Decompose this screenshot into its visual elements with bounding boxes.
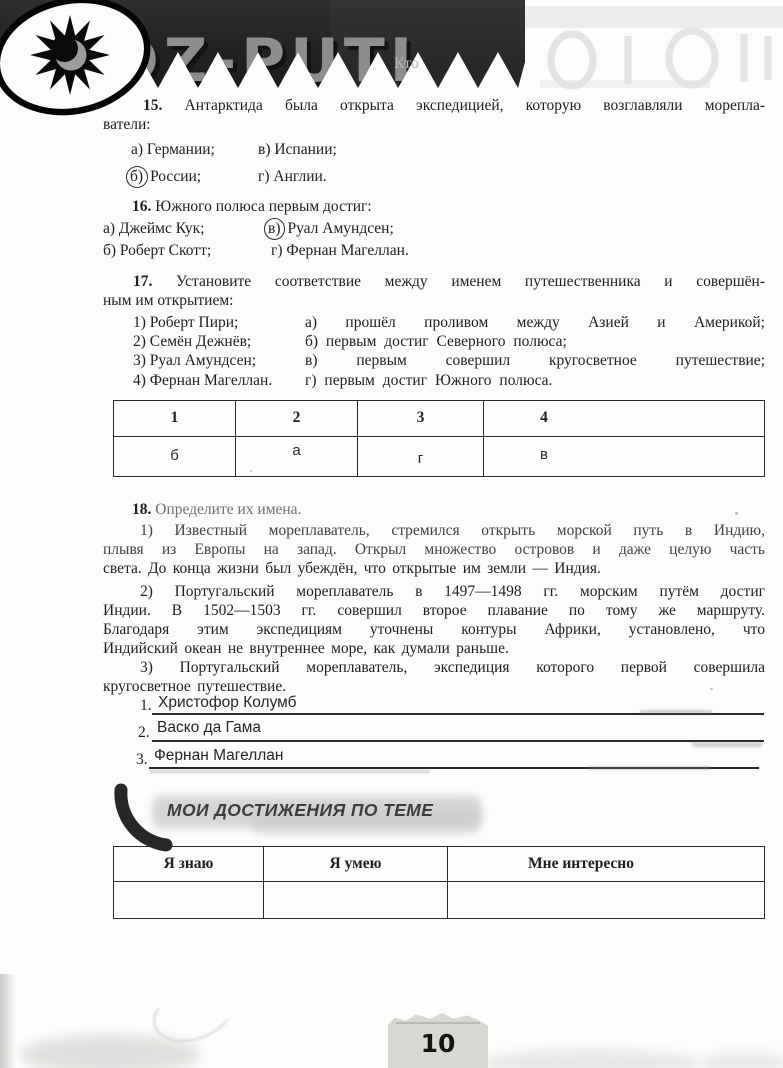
written-answer-1-text[interactable]: Христофор Колумб <box>158 694 297 712</box>
match-answer-cell-3[interactable]: г <box>358 437 484 476</box>
summary-cell-can[interactable] <box>264 882 448 918</box>
written-answer-3-number: 3. <box>136 750 148 769</box>
page-number: 10 <box>388 1029 488 1058</box>
q18-p3-line-1: 3) Португальский мореплаватель, экспедиц… <box>140 658 765 677</box>
summary-header-interested: Мне интересно <box>448 847 714 882</box>
q16-title-text: Южного полюса первым достиг: <box>155 198 371 215</box>
q17-number: 17. <box>133 273 152 290</box>
crescent-cutout <box>51 35 78 62</box>
written-answer-1-number: 1. <box>140 696 152 715</box>
q15-line-2: ватели: <box>103 115 151 134</box>
q18-p2-line-4: Индийский океан не внутреннее море, как … <box>103 639 509 658</box>
workbook-page: DZ-PUTI DZ-PUTI Кто 15. Антарктида была … <box>0 0 783 1068</box>
match-table-header-4: 4 <box>484 401 604 437</box>
scan-speck <box>710 688 713 690</box>
scan-smudge <box>692 742 762 747</box>
match-table: 1 2 3 4 б а г в <box>113 400 765 477</box>
q17-title-text: Установите соответствие между именем пут… <box>176 273 765 290</box>
q15-option-b-label: России; <box>150 168 201 185</box>
achievements-heading: МОИ ДОСТИЖЕНИЯ ПО ТЕМЕ <box>167 800 433 821</box>
summary-table: Я знаю Я умею Мне интересно <box>113 846 765 919</box>
summary-cell-know[interactable] <box>114 882 264 918</box>
q18-p2-line-3: Благодаря этим экспедициям уточнены конт… <box>103 620 765 639</box>
written-answer-2-text[interactable]: Васко да Гама <box>157 719 261 737</box>
tab-streak <box>396 1022 480 1024</box>
q17-right-item-b: б) первым достиг Северного полюса; <box>305 332 567 351</box>
q15-option-g: г) Англии. <box>258 167 327 186</box>
publisher-logo <box>0 0 158 118</box>
ghost-letters <box>551 31 768 86</box>
q16-option-v: в)Руал Амундсен; <box>269 219 394 238</box>
q18-p1-line-3: света. До конца жизни был убеждён, что о… <box>103 559 601 578</box>
q18-p2-line-2: Индии. В 1502—1503 гг. совершил второе п… <box>103 601 765 620</box>
match-table-header-1: 1 <box>114 401 236 437</box>
q17-right-item-a: а) прошёл проливом между Азией и Америко… <box>305 313 765 332</box>
q15-number: 15. <box>143 97 162 114</box>
q16-selected-answer-circle: в) <box>264 218 285 240</box>
q18-p1-line-1: 1) Известный мореплаватель, стремился от… <box>140 521 765 540</box>
summary-header-spacer <box>714 847 764 882</box>
summary-cell-interested[interactable] <box>448 882 714 918</box>
summary-cell-spacer <box>714 882 764 918</box>
scan-smudge <box>150 770 430 773</box>
scan-wash <box>525 6 783 28</box>
q16-option-b: б) Роберт Скотт; <box>103 241 211 260</box>
summary-header-know: Я знаю <box>114 847 264 882</box>
q15-option-a: а) Германии; <box>131 140 215 159</box>
q17-left-item-4: 4) Фернан Магеллан. <box>133 371 272 390</box>
q18-title: 18. Определите их имена. <box>132 500 301 519</box>
page-number-tab: 10 <box>388 1012 488 1068</box>
written-answer-2-number: 2. <box>138 723 150 742</box>
q16-number: 16. <box>132 198 151 215</box>
q18-p1-line-2: плывя из Европы на запад. Открыл множест… <box>103 540 765 559</box>
match-table-header-2: 2 <box>236 401 358 437</box>
answer-underline-2[interactable] <box>152 740 764 742</box>
scan-fog <box>480 1050 700 1068</box>
q17-left-item-1: 1) Роберт Пири; <box>133 313 238 332</box>
match-table-header-3: 3 <box>358 401 484 437</box>
q18-title-text: Определите их имена. <box>155 501 301 518</box>
scan-speck <box>735 512 738 515</box>
q18-p2-line-1: 2) Португальский мореплаватель в 1497—14… <box>140 582 765 601</box>
q17-right-item-g: г) первым достиг Южного полюса. <box>305 371 552 390</box>
q17-line-1: 17. Установите соответствие между именем… <box>133 272 765 291</box>
q16-option-v-label: Руал Амундсен; <box>287 220 393 237</box>
match-answer-cell-4[interactable]: в <box>484 437 604 476</box>
q18-number: 18. <box>132 501 151 518</box>
q15-line-1: 15. Антарктида была открыта экспедицией,… <box>143 96 765 115</box>
q16-option-g: г) Фернан Магеллан. <box>271 241 409 260</box>
q15-option-v: в) Испании; <box>258 140 337 159</box>
scan-fog <box>20 1035 200 1068</box>
ghost-caption: Кто <box>394 55 419 72</box>
scan-smudge <box>590 766 710 770</box>
summary-header-can: Я умею <box>264 847 448 882</box>
match-table-header-spacer <box>604 401 764 437</box>
q15-title-text: Антарктида была открыта экспедицией, кот… <box>185 97 765 114</box>
scan-speck <box>250 470 252 472</box>
q17-line-2: ным им открытием: <box>103 291 233 310</box>
watermark-text: DZ-PUTI <box>109 26 417 96</box>
q15-option-b: б)России; <box>131 167 201 186</box>
written-answer-3-text[interactable]: Фернан Магеллан <box>154 747 283 765</box>
scan-speck <box>748 545 750 547</box>
scan-smudge <box>640 710 712 714</box>
match-answer-cell-2[interactable]: а <box>236 437 358 476</box>
q17-left-item-3: 3) Руал Амундсен; <box>133 351 256 370</box>
q17-right-item-v: в) первым совершил кругосветное путешест… <box>305 351 765 370</box>
q16-option-a: а) Джеймс Кук; <box>103 219 205 238</box>
q16-title: 16. Южного полюса первым достиг: <box>132 197 372 216</box>
scan-edge-shadow <box>0 974 15 1068</box>
scan-fog <box>700 1052 783 1068</box>
match-answer-cell-1[interactable]: б <box>114 437 236 476</box>
q15-selected-answer-circle: б) <box>126 166 148 188</box>
q17-left-item-2: 2) Семён Дежнёв; <box>133 332 251 351</box>
match-answer-cell-spacer <box>604 437 764 476</box>
